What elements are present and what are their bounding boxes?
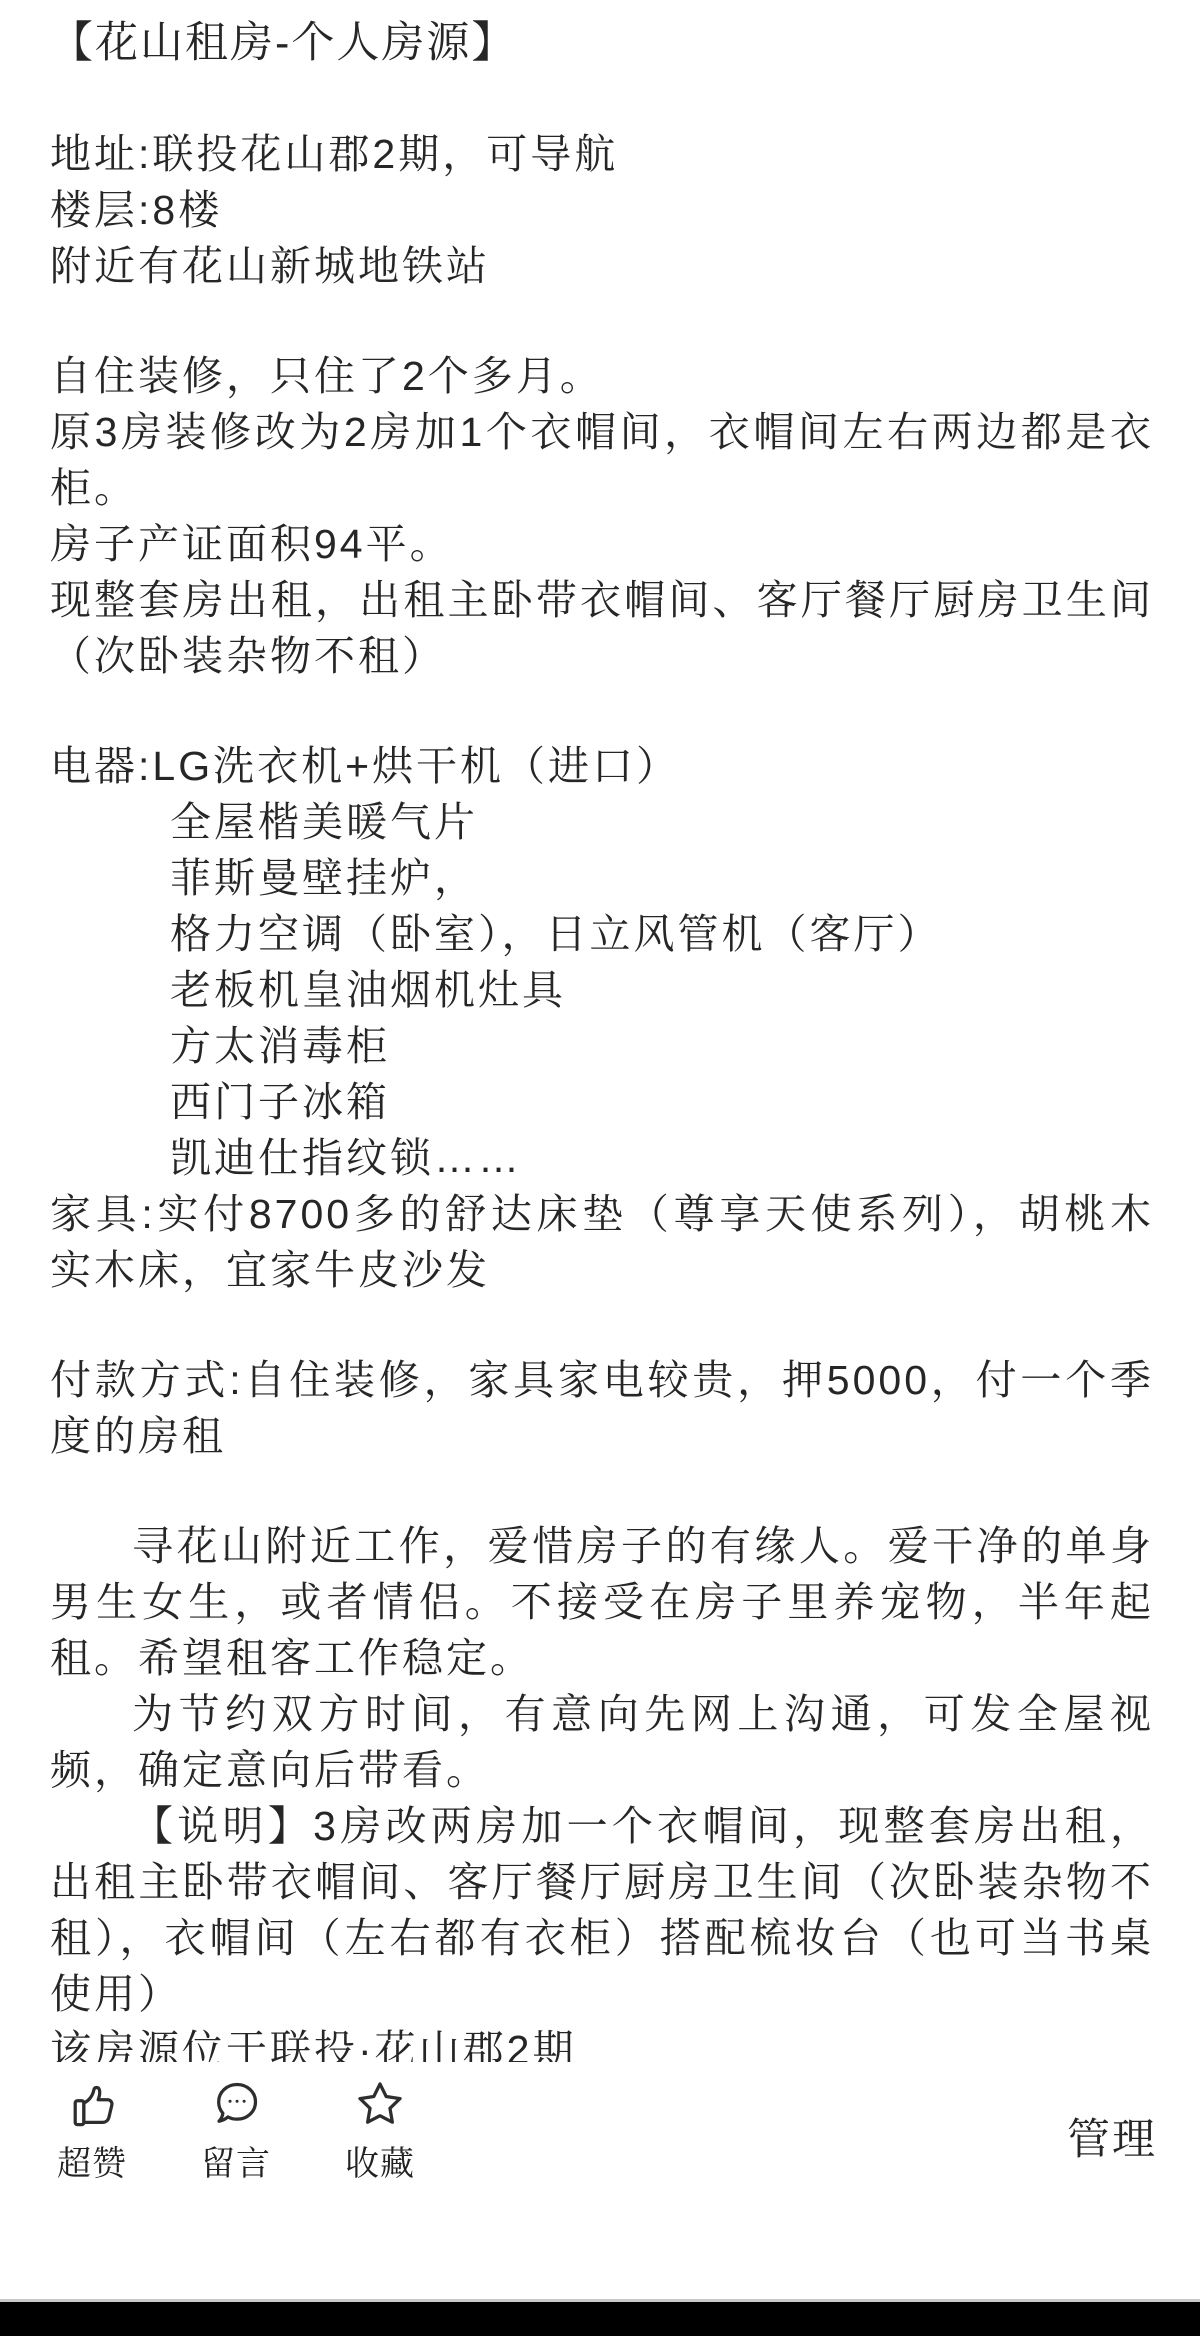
text-line: 西门子冰箱	[50, 1074, 1154, 1130]
blank-gap	[50, 1298, 1154, 1352]
text-line: 原3房装修改为2房加1个衣帽间，衣帽间左右两边都是衣柜。	[50, 404, 1154, 516]
text-line: 附近有花山新城地铁站	[50, 238, 1154, 294]
blank-gap	[50, 1464, 1154, 1518]
text-line: 付款方式:自住装修，家具家电较贵，押5000，付一个季度的房租	[50, 1352, 1154, 1464]
like-button[interactable]: 超赞	[50, 2078, 134, 2185]
text-line: 电器:LG洗衣机+烘干机（进口）	[50, 738, 1154, 794]
text-line: 菲斯曼壁挂炉，	[50, 850, 1154, 906]
text-line: 楼层:8楼	[50, 182, 1154, 238]
text-line: 现整套房出租，出租主卧带衣帽间、客厅餐厅厨房卫生间（次卧装杂物不租）	[50, 572, 1154, 684]
comment-label: 留言	[201, 2136, 271, 2185]
text-line: 该房源位于联投·花山郡2期	[50, 2022, 1154, 2062]
comment-bubble-icon	[210, 2078, 262, 2130]
text-line: 老板机皇油烟机灶具	[50, 962, 1154, 1018]
post-title: 【花山租房-个人房源】	[50, 14, 1154, 72]
blank-gap	[50, 684, 1154, 738]
comment-button[interactable]: 留言	[194, 2078, 278, 2185]
text-line: 格力空调（卧室），日立风管机（客厅）	[50, 906, 1154, 962]
text-line: 方太消毒柜	[50, 1018, 1154, 1074]
text-line: 为节约双方时间，有意向先网上沟通，可发全屋视频，确定意向后带看。	[50, 1686, 1154, 1798]
text-line: 【说明】3房改两房加一个衣帽间，现整套房出租，出租主卧带衣帽间、客厅餐厅厨房卫生…	[50, 1798, 1154, 2022]
manage-button[interactable]: 管理	[1067, 2106, 1157, 2167]
text-line: 地址:联投花山郡2期，可导航	[50, 126, 1154, 182]
text-line: 全屋楷美暖气片	[50, 794, 1154, 850]
action-button-group: 超赞 留言 收藏	[50, 2078, 1157, 2185]
thumbs-up-icon	[66, 2078, 118, 2130]
like-label: 超赞	[57, 2136, 127, 2185]
text-line: 房子产证面积94平。	[50, 516, 1154, 572]
text-line: 凯迪仕指纹锁……	[50, 1130, 1154, 1186]
post-body: 地址:联投花山郡2期，可导航楼层:8楼附近有花山新城地铁站自住装修，只住了2个多…	[50, 126, 1154, 2062]
favorite-label: 收藏	[345, 2136, 415, 2185]
action-bar: 超赞 留言 收藏 管理	[50, 2078, 1157, 2198]
text-line: 寻花山附近工作，爱惜房子的有缘人。爱干净的单身男生女生，或者情侣。不接受在房子里…	[50, 1518, 1154, 1686]
post-content: 【花山租房-个人房源】 地址:联投花山郡2期，可导航楼层:8楼附近有花山新城地铁…	[50, 14, 1154, 2062]
blank-gap	[50, 294, 1154, 348]
footer-bar	[0, 2302, 1200, 2336]
text-line: 家具:实付8700多的舒达床垫（尊享天使系列），胡桃木实木床，宜家牛皮沙发	[50, 1186, 1154, 1298]
text-line: 自住装修，只住了2个多月。	[50, 348, 1154, 404]
favorite-button[interactable]: 收藏	[338, 2078, 422, 2185]
star-icon	[354, 2078, 406, 2130]
